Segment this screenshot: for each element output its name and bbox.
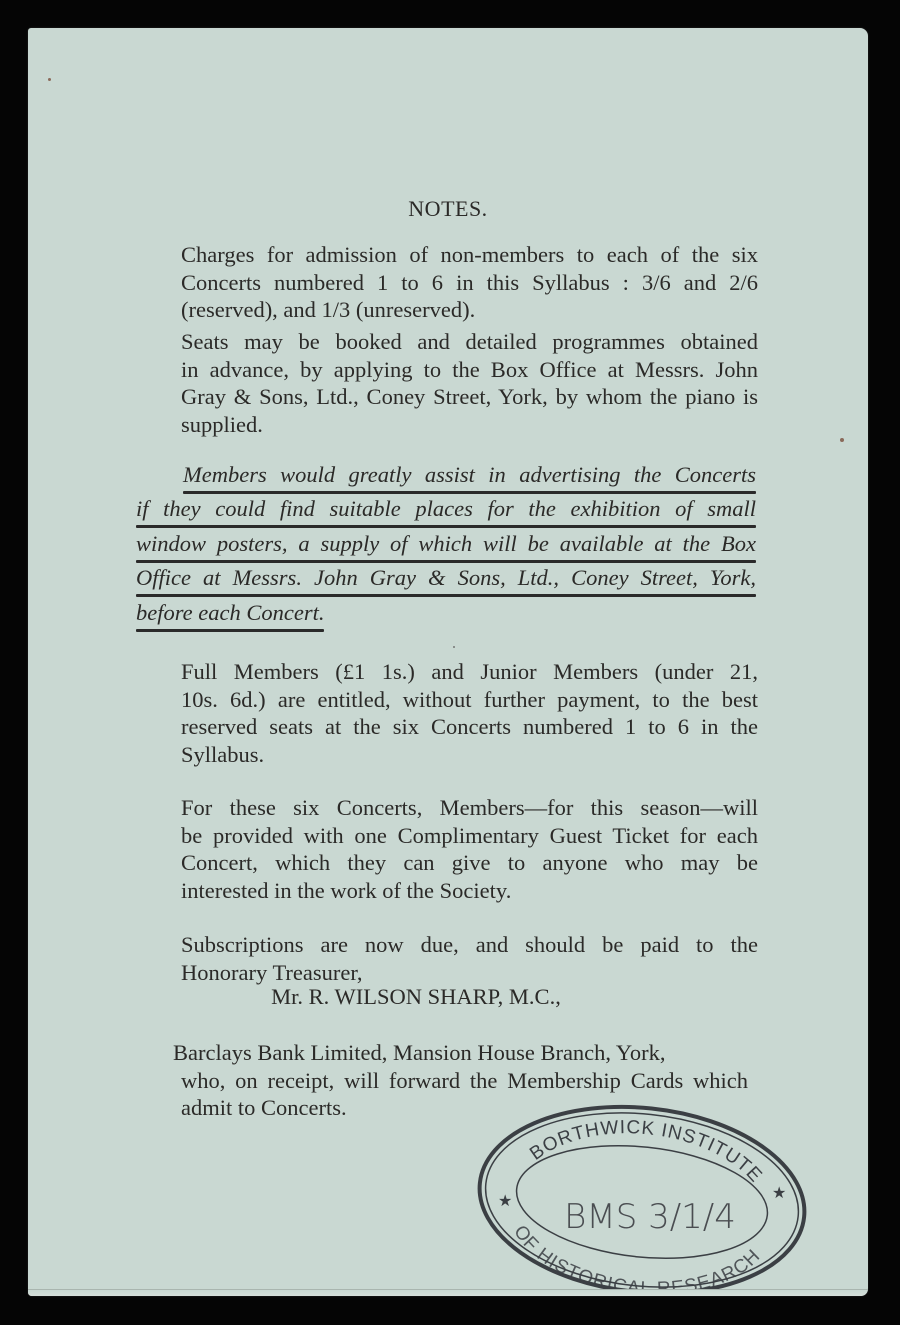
underlined-line: before each Concert. [136, 598, 324, 632]
paragraph-advertising-underlined: Members would greatly assist in advertis… [136, 460, 756, 632]
page-title: NOTES. [28, 196, 868, 222]
text-line: Honorary Treasurer, [136, 959, 758, 987]
paragraph-subscriptions: Subscriptions are now due, and should be… [136, 931, 758, 986]
star-icon: ★ [772, 1183, 786, 1202]
text-line: interested in the work of the Society. [136, 877, 758, 905]
text-line: Concerts numbered 1 to 6 in this Syllabu… [136, 269, 758, 297]
underlined-line: window posters, a supply of which will b… [136, 529, 756, 563]
text-line: Concert, which they can give to anyone w… [136, 849, 758, 877]
text-line: For these six Concerts, Members—for this… [136, 794, 758, 822]
treasurer-name: Mr. R. WILSON SHARP, M.C., [0, 984, 836, 1010]
text-line: Gray & Sons, Ltd., Coney Street, York, b… [136, 383, 758, 411]
underlined-line: Members would greatly assist in advertis… [136, 460, 756, 494]
stamp-reference-handwritten: BMS 3/1/4 [564, 1197, 736, 1237]
paper-speck [840, 438, 844, 442]
text-line: supplied. [136, 411, 758, 439]
text-line: 10s. 6d.) are entitled, without further … [136, 686, 758, 714]
text-line: (reserved), and 1/3 (unreserved). [136, 296, 758, 324]
text-line: Charges for admission of non-members to … [136, 241, 758, 269]
paragraph-guest-ticket: For these six Concerts, Members—for this… [136, 794, 758, 904]
star-icon: ★ [498, 1191, 512, 1210]
text-line: in advance, by applying to the Box Offic… [136, 356, 758, 384]
underlined-line: Office at Messrs. John Gray & Sons, Ltd.… [136, 563, 756, 597]
text-line: Syllabus. [136, 741, 758, 769]
text-line: reserved seats at the six Concerts numbe… [136, 713, 758, 741]
text-line: Barclays Bank Limited, Mansion House Bra… [136, 1039, 748, 1067]
text-line: who, on receipt, will forward the Member… [136, 1067, 748, 1095]
underlined-line: if they could find suitable places for t… [136, 494, 756, 528]
document-page: NOTES. Charges for admission of non-memb… [28, 28, 868, 1296]
text-line: Subscriptions are now due, and should be… [136, 931, 758, 959]
paragraph-membership: Full Members (£1 1s.) and Junior Members… [136, 658, 758, 768]
paragraph-booking: Seats may be booked and detailed program… [136, 328, 758, 438]
archive-stamp: BORTHWICK INSTITUTE OF HISTORICAL RESEAR… [474, 1102, 810, 1294]
text-line: Seats may be booked and detailed program… [136, 328, 758, 356]
paragraph-admission: Charges for admission of non-members to … [136, 241, 758, 324]
text-line: Full Members (£1 1s.) and Junior Members… [136, 658, 758, 686]
paper-speck [453, 646, 455, 648]
paper-speck [48, 78, 51, 81]
text-line: be provided with one Complimentary Guest… [136, 822, 758, 850]
